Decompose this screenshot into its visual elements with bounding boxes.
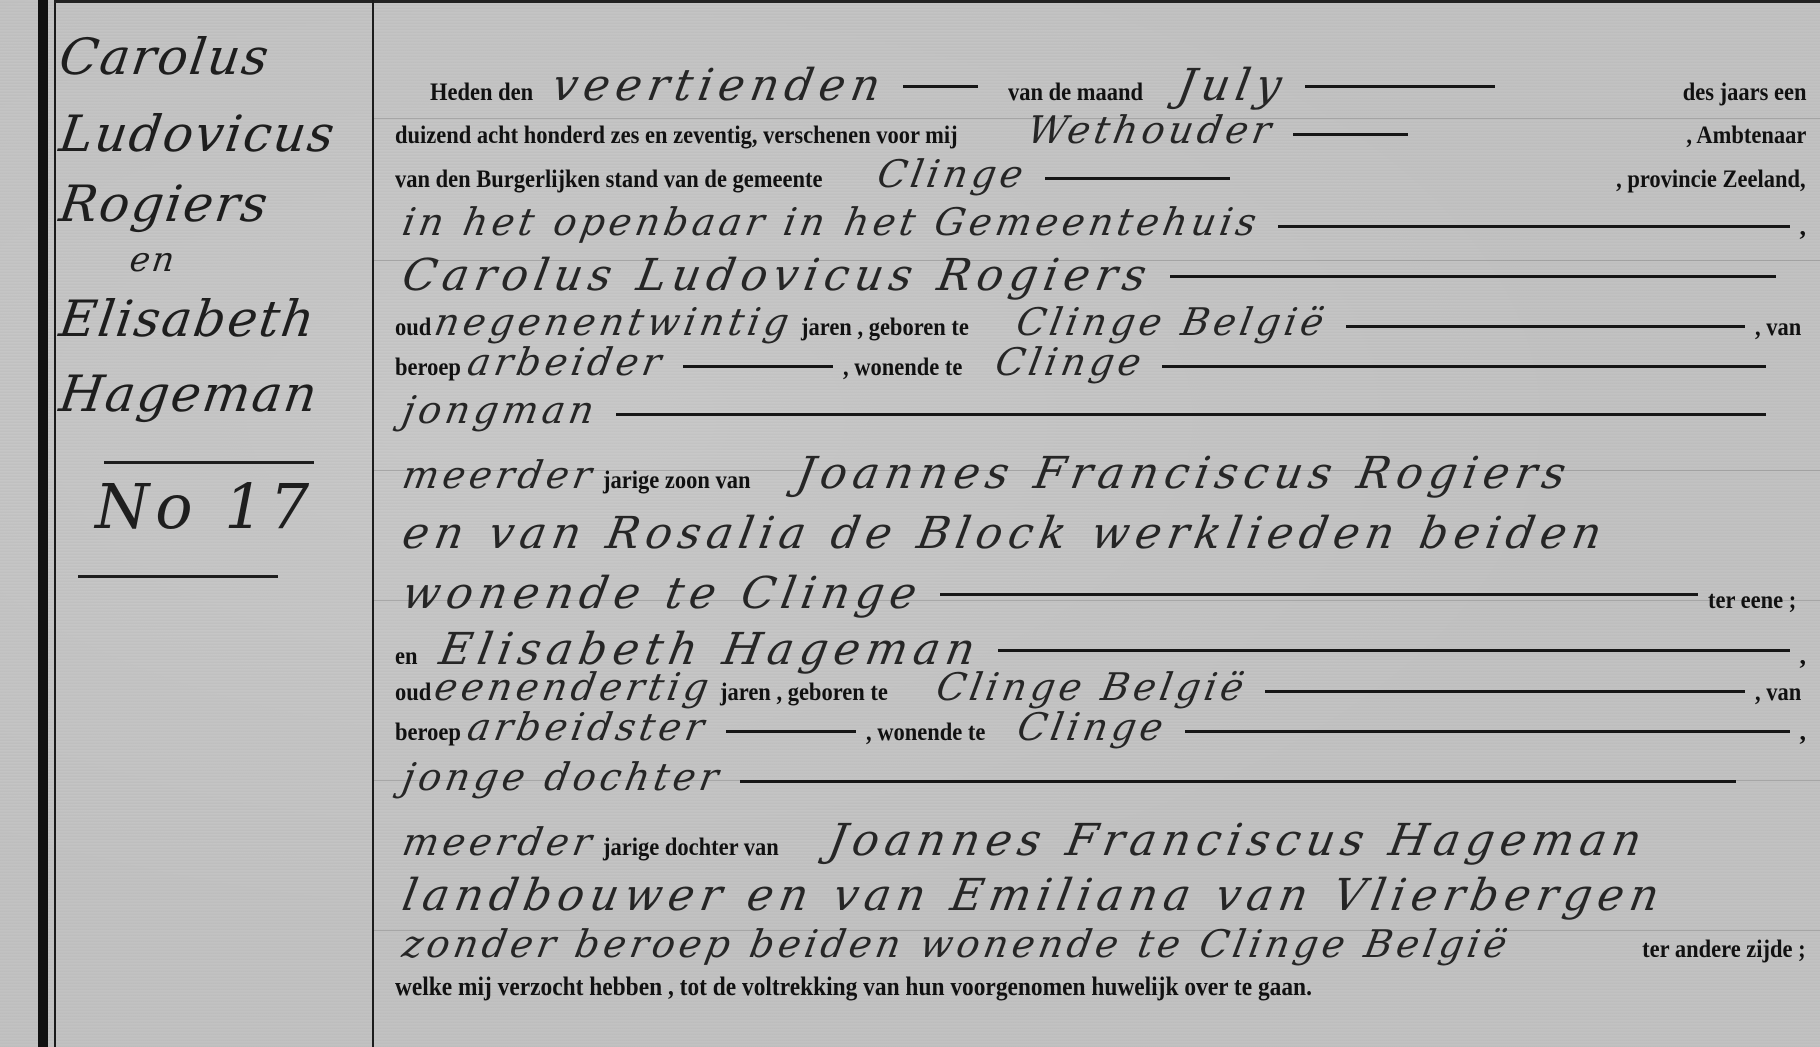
text-line-groom-status: jongman	[395, 388, 1806, 428]
text-line-bride-name: en Elisabeth Hageman ,	[395, 624, 1806, 664]
blank-rule	[1305, 85, 1495, 88]
blank-rule	[616, 413, 1766, 416]
blank-rule	[1185, 730, 1789, 733]
handwritten-bride-mother: landbouwer en van Emiliana van Vlierberg…	[399, 870, 1669, 921]
handwritten-groom-mother: en van Rosalia de Block werklieden beide…	[399, 508, 1612, 559]
printed-text: jarige dochter van	[603, 834, 779, 862]
column-divider	[372, 0, 374, 1047]
handwritten-majority: meerder	[399, 453, 599, 497]
margin-groom-middle-name: Ludovicus	[56, 105, 374, 163]
blank-rule	[1162, 365, 1766, 368]
printed-text: des jaars een	[1682, 79, 1806, 107]
text-line-bride-father: meerder jarige dochter van Joannes Franc…	[395, 815, 1806, 855]
printed-text: , wonende te	[843, 354, 962, 382]
handwritten-bride-occupation: arbeidster	[464, 705, 711, 749]
blank-rule	[998, 649, 1789, 652]
blank-rule	[740, 780, 1736, 783]
handwritten-groom-birthplace: Clinge België	[1013, 300, 1331, 344]
text-line-bride-mother: landbouwer en van Emiliana van Vlierberg…	[395, 870, 1806, 910]
text-line-groom-age: oud negenentwintig jaren , geboren te Cl…	[395, 300, 1806, 340]
handwritten-groom-father: Joannes Franciscus Rogiers	[793, 448, 1576, 499]
text-line-year: duizend acht honderd zes en zeventig, ve…	[395, 108, 1806, 148]
margin-rule-bottom	[78, 575, 278, 578]
handwritten-municipality: Clinge	[874, 152, 1030, 196]
blank-rule	[1278, 225, 1790, 228]
text-line-closing: welke mij verzocht hebben , tot de voltr…	[395, 972, 1806, 1012]
text-line-groom-father: meerder jarige zoon van Joannes Francisc…	[395, 448, 1806, 488]
printed-text: jaren , geboren te	[720, 679, 888, 707]
printed-text: ter andere zijde ;	[1643, 936, 1806, 964]
handwritten-bride-residence: Clinge	[1014, 705, 1170, 749]
printed-comma: ,	[1800, 212, 1807, 242]
handwritten-month: July	[1174, 60, 1292, 111]
printed-text: Heden den	[430, 79, 533, 107]
handwritten-official: Wethouder	[1024, 108, 1278, 152]
margin-rule-top	[104, 461, 314, 464]
blank-rule	[1346, 325, 1745, 328]
printed-comma: ,	[1800, 717, 1807, 747]
margin-bride-first-name: Elisabeth	[56, 290, 374, 348]
text-line-location: in het openbaar in het Gemeentehuis ,	[395, 200, 1806, 240]
text-line-bride-age: oud eenendertig jaren , geboren te Cling…	[395, 665, 1806, 705]
handwritten-groom-age: negenentwintig	[431, 300, 796, 344]
page-border-thick	[38, 0, 48, 1047]
text-line-date: Heden den veertienden van de maand July …	[430, 60, 1806, 100]
printed-text: , van	[1755, 679, 1801, 707]
margin-groom-first-name: Carolus	[56, 28, 374, 86]
printed-text: jarige zoon van	[603, 467, 750, 495]
text-line-groom-name: Carolus Ludovicus Rogiers	[395, 250, 1806, 290]
handwritten-bride-age: eenendertig	[431, 665, 716, 709]
printed-text: , van	[1755, 314, 1801, 342]
text-line-groom-occupation: beroep arbeider , wonende te Clinge	[395, 340, 1806, 380]
printed-text: , wonende te	[866, 719, 985, 747]
blank-rule	[940, 593, 1698, 596]
printed-text: van de maand	[1008, 79, 1143, 107]
blank-rule	[903, 85, 978, 88]
handwritten-groom-occupation: arbeider	[464, 340, 669, 384]
printed-text: , provincie Zeeland,	[1616, 166, 1806, 194]
top-rule	[54, 0, 1820, 3]
printed-text: oud	[395, 314, 431, 342]
printed-closing-text: welke mij verzocht hebben , tot de voltr…	[395, 972, 1312, 1002]
printed-text: beroep	[395, 719, 461, 747]
handwritten-day: veertienden	[548, 60, 890, 111]
text-line-groom-mother: en van Rosalia de Block werklieden beide…	[395, 508, 1806, 548]
text-line-groom-parents-residence: wonende te Clinge ter eene ;	[395, 568, 1806, 608]
blank-rule	[1045, 177, 1230, 180]
blank-rule	[1265, 690, 1744, 693]
text-line-bride-parents-residence: zonder beroep beiden wonende te Clinge B…	[395, 922, 1806, 962]
handwritten-groom-residence: Clinge	[992, 340, 1148, 384]
record-number: No 17	[95, 470, 315, 543]
blank-rule	[1293, 133, 1408, 136]
printed-text: duizend acht honderd zes en zeventig, ve…	[395, 122, 958, 150]
printed-text: van den Burgerlijken stand van de gemeen…	[395, 166, 823, 194]
printed-text: , Ambtenaar	[1686, 122, 1806, 150]
text-line-municipality: van den Burgerlijken stand van de gemeen…	[395, 152, 1806, 192]
margin-groom-surname: Rogiers	[56, 175, 374, 233]
blank-rule	[683, 365, 833, 368]
handwritten-parents-residence: zonder beroep beiden wonende te Clinge B…	[399, 922, 1514, 966]
handwritten-bride-status: jonge dochter	[399, 755, 726, 799]
handwritten-groom-name: Carolus Ludovicus Rogiers	[399, 250, 1157, 301]
printed-text: beroep	[395, 354, 461, 382]
printed-text: ter eene ;	[1708, 587, 1796, 615]
text-line-bride-occupation: beroep arbeidster , wonende te Clinge ,	[395, 705, 1806, 745]
handwritten-groom-status: jongman	[399, 388, 601, 432]
handwritten-parents-residence: wonende te Clinge	[399, 568, 927, 619]
document-page: Carolus Ludovicus Rogiers en Elisabeth H…	[0, 0, 1820, 1047]
handwritten-bride-father: Joannes Franciscus Hageman	[824, 815, 1651, 866]
margin-bride-surname: Hageman	[56, 365, 374, 423]
printed-text: jaren , geboren te	[801, 314, 969, 342]
handwritten-majority: meerder	[399, 820, 599, 864]
blank-rule	[1170, 275, 1776, 278]
blank-rule	[726, 730, 856, 733]
handwritten-bride-birthplace: Clinge België	[933, 665, 1251, 709]
text-line-bride-status: jonge dochter	[395, 755, 1806, 795]
printed-text: oud	[395, 679, 431, 707]
handwritten-location: in het openbaar in het Gemeentehuis	[399, 200, 1264, 244]
